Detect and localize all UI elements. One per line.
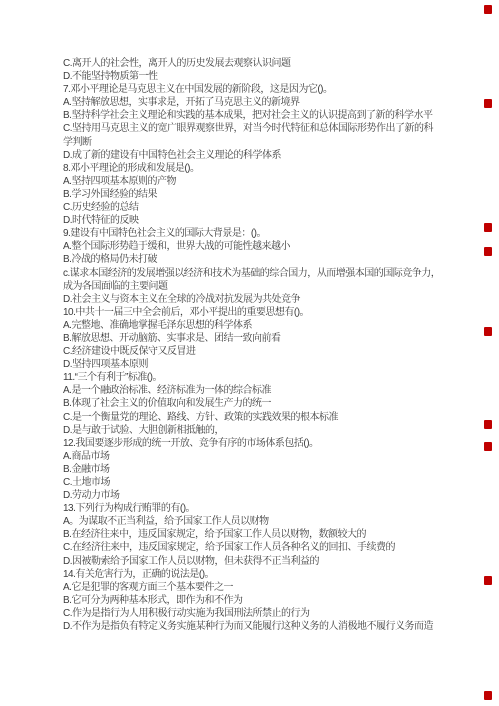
- text-line: B.在经济往来中，违反国家规定，给予国家工作人员以财物，数额较大的: [63, 528, 489, 541]
- text-line: D.因被勒索给予国家工作人员以财物，但未获得不正当利益的: [63, 555, 489, 568]
- text-line: 8.邓小平理论的形成和发展是()。: [63, 162, 489, 175]
- text-line: D.是与敢于试验、大胆创新相抵触的，: [63, 424, 489, 437]
- text-line: 7.邓小平理论是马克思主义在中国发展的新阶段，这是因为它()。: [63, 83, 489, 96]
- text-line: C.历史经验的总结: [63, 201, 489, 214]
- text-line: B.学习外国经验的结果: [63, 188, 489, 201]
- red-margin-mark: [484, 247, 492, 256]
- text-line: 成为各国面临的主要问题: [63, 280, 489, 293]
- text-line: A.是一个融政治标准、经济标准为一体的综合标准: [63, 384, 489, 397]
- exam-question-list: C.离开人的社会性，离开人的历史发展去观察认识问题D.不能坚持物质第一性7.邓小…: [63, 57, 489, 633]
- text-line: C.是一个衡量党的理论、路线、方针、政策的实践效果的根本标准: [63, 411, 489, 424]
- text-line: D.不作为是指负有特定义务实施某种行为而又能履行这种义务的人消极地不履行义务而造: [63, 620, 489, 633]
- text-line: D.劳动力市场: [63, 489, 489, 502]
- text-line: A。为谋取不正当利益，给予国家工作人员以财物: [63, 515, 489, 528]
- text-line: C.坚持用马克思主义的宽广眼界观察世界，对当今时代特征和总体国际形势作出了新的科: [63, 122, 489, 135]
- text-line: B.金融市场: [63, 463, 489, 476]
- text-line: C.作为是指行为人用积极行动实施为我国刑法所禁止的行为: [63, 607, 489, 620]
- text-line: 14.有关危害行为，正确的说法是()。: [63, 568, 489, 581]
- text-line: A.商品市场: [63, 450, 489, 463]
- text-line: C.离开人的社会性，离开人的历史发展去观察认识问题: [63, 57, 489, 70]
- text-line: A.坚持解放思想，实事求是，开拓了马克思主义的新境界: [63, 96, 489, 109]
- text-line: 10.中共十一届三中全会前后，邓小平提出的重要思想有()。: [63, 306, 489, 319]
- red-margin-mark: [484, 5, 492, 14]
- text-line: D.成了新的建设有中国特色社会主义理论的科学体系: [63, 149, 489, 162]
- red-margin-mark: [484, 576, 492, 585]
- document-page: C.离开人的社会性，离开人的历史发展去观察认识问题D.不能坚持物质第一性7.邓小…: [0, 0, 499, 706]
- text-line: B.冷战的格局仍未打破: [63, 253, 489, 266]
- text-line: A.整个国际形势趋于缓和，世界大战的可能性越来越小: [63, 240, 489, 253]
- text-line: A.它是犯罪的客观方面三个基本要件之一: [63, 581, 489, 594]
- text-line: 学判断: [63, 136, 489, 149]
- text-line: D.时代特征的反映: [63, 214, 489, 227]
- text-line: A.坚持四项基本原则的产物: [63, 175, 489, 188]
- text-line: 12.我国要逐步形成的统一开放、竞争有序的市场体系包括()。: [63, 437, 489, 450]
- text-line: B.解放思想、开动脑筋、实事求是、团结一致向前看: [63, 332, 489, 345]
- text-line: 9.建设有中国特色社会主义的国际大背景是：()。: [63, 227, 489, 240]
- text-line: B.坚持科学社会主义理论和实践的基本成果，把对社会主义的认识提高到了新的科学水平: [63, 109, 489, 122]
- text-line: C.在经济往来中，违反国家规定，给予国家工作人员各种名义的回扣、手续费的: [63, 541, 489, 554]
- text-line: C.经济建设中既反保守又反冒进: [63, 345, 489, 358]
- red-margin-mark: [484, 442, 492, 451]
- red-margin-mark: [484, 223, 492, 232]
- text-line: 11.“三个有利于”标准()。: [63, 371, 489, 384]
- text-line: 13.下列行为构成行贿罪的有()。: [63, 502, 489, 515]
- text-line: D.坚持四项基本原则: [63, 358, 489, 371]
- text-line: D.社会主义与资本主义在全球的冷战对抗发展为共处竞争: [63, 293, 489, 306]
- red-margin-mark: [484, 691, 492, 700]
- text-line: B.它可分为两种基本形式，即作为和不作为: [63, 594, 489, 607]
- red-margin-mark: [484, 99, 492, 108]
- text-line: B.体现了社会主义的价值取向和发展生产力的统一: [63, 397, 489, 410]
- text-line: C.土地市场: [63, 476, 489, 489]
- red-margin-mark: [484, 327, 492, 336]
- text-line: D.不能坚持物质第一性: [63, 70, 489, 83]
- text-line: c.谋求本国经济的发展增强以经济和技术为基础的综合国力，从而增强本国的国际竞争力…: [63, 267, 489, 280]
- text-line: A.完整地、准确地掌握毛泽东思想的科学体系: [63, 319, 489, 332]
- red-margin-mark: [484, 420, 492, 429]
